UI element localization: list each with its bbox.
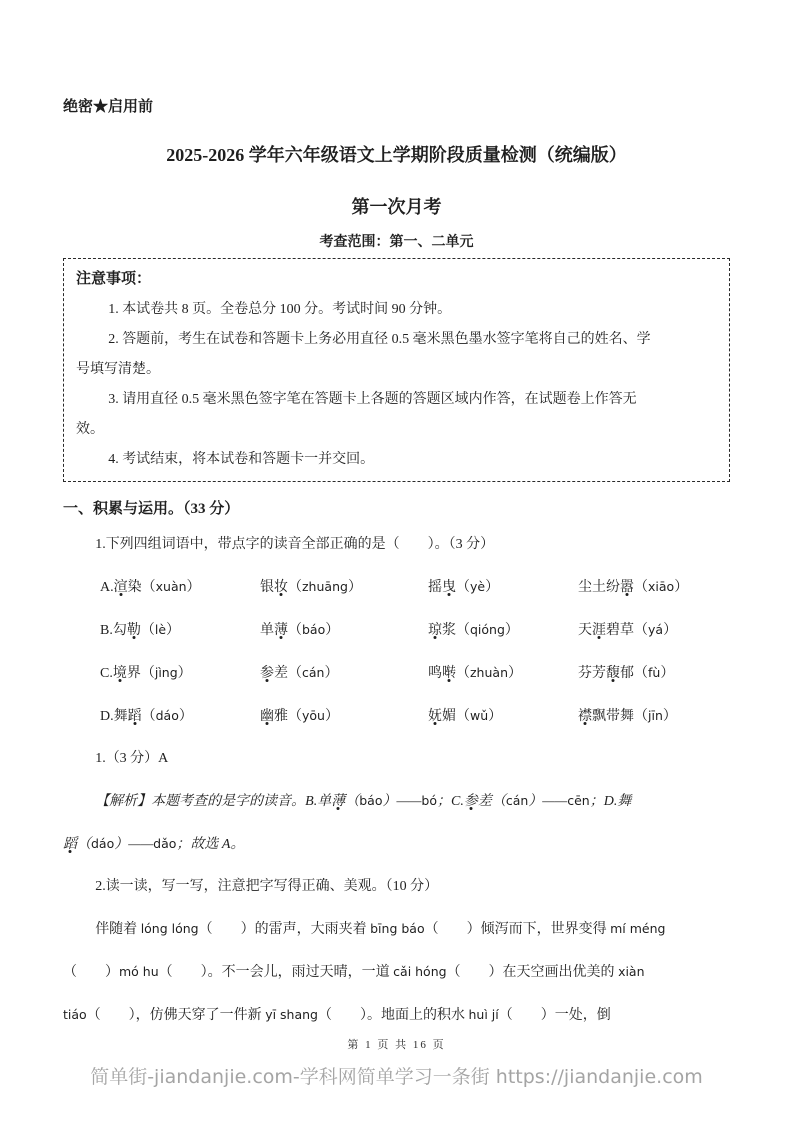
q1-options: A.渲染（xuàn）银妆（zhuāng）摇曳（yè）尘土纷嚣（xiāo）B.勾勒… [100, 566, 730, 738]
question-1-answer: 1.（3 分）A [63, 738, 730, 780]
text-line: 1. 本试卷共 8 页。全卷总分 100 分。考试时间 90 分钟。 [76, 295, 717, 325]
option-cell: D.舞蹈（dáo） [100, 695, 260, 738]
option-row: A.渲染（xuàn）银妆（zhuāng）摇曳（yè）尘土纷嚣（xiāo） [100, 566, 730, 609]
question-2-stem: 2.读一读，写一写，注意把字写得正确、美观。（10 分） [63, 866, 730, 908]
pinyin-text: fù [648, 665, 660, 680]
pinyin-text: zhuāng [302, 579, 348, 594]
text-line: 3. 请用直径 0.5 毫米黑色签字笔在答题卡上各题的答题区域内作答，在试题卷上… [76, 385, 717, 415]
pinyin-text: huì jí [468, 1007, 498, 1022]
pinyin-text: yá [648, 622, 663, 637]
dotted-char: 渲 [114, 580, 128, 595]
notice-item: 1. 本试卷共 8 页。全卷总分 100 分。考试时间 90 分钟。 [76, 295, 717, 325]
option-cell: 妩媚（wǔ） [428, 695, 578, 738]
option-cell: 幽雅（yōu） [260, 695, 428, 738]
question-2-body: 伴随着 lóng lóng（ ）的雷声，大雨夹着 bīng báo（ ）倾泻而下… [63, 908, 730, 1037]
option-cell: 芬芳馥郁（fù） [578, 652, 730, 695]
pinyin-text: cán [302, 665, 324, 680]
pinyin-text: mó hu [119, 964, 159, 979]
pinyin-text: dáo [156, 708, 179, 723]
option-row: C.境界（jìng）参差（cán）鸣啭（zhuàn）芬芳馥郁（fù） [100, 652, 730, 695]
option-cell: 摇曳（yè） [428, 566, 578, 609]
question-1-analysis: 【解析】本题考查的是字的读音。B.单薄（báo）——bó；C.参差（cán）——… [63, 780, 730, 866]
text-line: 伴随着 lóng lóng（ ）的雷声，大雨夹着 bīng báo（ ）倾泻而下… [63, 908, 730, 951]
pinyin-text: xiāo [648, 579, 674, 594]
pinyin-text: cán [506, 793, 528, 808]
pinyin-text: xuàn [156, 579, 187, 594]
notice-heading: 注意事项： [76, 263, 717, 295]
dotted-char: 薄 [331, 794, 345, 809]
notice-item: 4. 考试结束，将本试卷和答题卡一并交回。 [76, 445, 717, 475]
pinyin-text: qióng [470, 622, 505, 637]
pinyin-text: báo [359, 793, 382, 808]
pinyin-text: jìng [155, 665, 178, 680]
dotted-char: 曳 [442, 580, 456, 595]
text-line: 蹈（dáo）——dǎo；故选 A。 [63, 823, 730, 866]
pinyin-text: jīn [648, 708, 663, 723]
dotted-char: 啭 [442, 666, 456, 681]
dotted-char: 幽 [260, 709, 274, 724]
page-title: 2025-2026 学年六年级语文上学期阶段质量检测（统编版） [63, 142, 730, 168]
text-line: （ ）mó hu（ ）。不一会儿，雨过天晴，一道 cǎi hóng（ ）在天空画… [63, 951, 730, 994]
text-line: 号填写清楚。 [76, 355, 717, 385]
dotted-char: 嚣 [620, 580, 634, 595]
notice-item: 2. 答题前，考生在试卷和答题卡上务必用直径 0.5 毫米黑色墨水签字笔将自己的… [76, 325, 717, 385]
option-cell: 尘土纷嚣（xiāo） [578, 566, 730, 609]
text-line: 2. 答题前，考生在试卷和答题卡上务必用直径 0.5 毫米黑色墨水签字笔将自己的… [76, 325, 717, 355]
pinyin-text: mí méng [610, 921, 665, 936]
dotted-char: 蹈 [63, 837, 77, 852]
option-cell: B.勾勒（lè） [100, 609, 260, 652]
option-cell: 单薄（báo） [260, 609, 428, 652]
option-cell: 参差（cán） [260, 652, 428, 695]
dotted-char: 妩 [428, 709, 442, 724]
option-row: D.舞蹈（dáo）幽雅（yōu）妩媚（wǔ）襟飘带舞（jīn） [100, 695, 730, 738]
option-cell: 琼浆（qióng） [428, 609, 578, 652]
dotted-char: 境 [113, 666, 127, 681]
pinyin-text: tiáo [63, 1007, 87, 1022]
exam-scope: 考查范围：第一、二单元 [63, 232, 730, 254]
dotted-char: 薄 [274, 623, 288, 638]
pinyin-text: yōu [302, 708, 325, 723]
option-row: B.勾勒（lè）单薄（báo）琼浆（qióng）天涯碧草（yá） [100, 609, 730, 652]
notice-items: 1. 本试卷共 8 页。全卷总分 100 分。考试时间 90 分钟。2. 答题前… [76, 295, 717, 475]
dotted-char: 参 [464, 794, 478, 809]
pinyin-text: cǎi hóng [393, 964, 446, 979]
notice-item: 3. 请用直径 0.5 毫米黑色签字笔在答题卡上各题的答题区域内作答，在试题卷上… [76, 385, 717, 445]
text-line: tiáo（ ），仿佛天穿了一件新 yī shang（ ）。地面上的积水 huì … [63, 994, 730, 1037]
page-content: 绝密★启用前 2025-2026 学年六年级语文上学期阶段质量检测（统编版） 第… [0, 0, 793, 1037]
page-number: 第 1 页 共 16 页 [0, 1036, 793, 1052]
question-1-stem: 1.下列四组词语中，带点字的读音全部正确的是（ ）。（3 分） [63, 524, 730, 566]
dotted-char: 参 [260, 666, 274, 681]
pinyin-text: dáo [91, 836, 114, 851]
secret-label: 绝密★启用前 [63, 96, 730, 118]
pinyin-text: báo [302, 622, 325, 637]
option-cell: C.境界（jìng） [100, 652, 260, 695]
pinyin-text: wǔ [470, 708, 488, 723]
option-cell: 鸣啭（zhuàn） [428, 652, 578, 695]
text-line: 4. 考试结束，将本试卷和答题卡一并交回。 [76, 445, 717, 475]
pinyin-text: dǎo [153, 836, 176, 851]
pinyin-text: yè [470, 579, 485, 594]
notice-box: 注意事项： 1. 本试卷共 8 页。全卷总分 100 分。考试时间 90 分钟。… [63, 258, 730, 482]
option-cell: 天涯碧草（yá） [578, 609, 730, 652]
option-cell: 银妆（zhuāng） [260, 566, 428, 609]
watermark-text: 简单街-jiandanjie.com-学科网简单学习一条街 https://ji… [0, 1062, 793, 1089]
option-cell: 襟飘带舞（jīn） [578, 695, 730, 738]
section-heading: 一、积累与运用。（33 分） [63, 494, 730, 524]
exam-subtitle: 第一次月考 [63, 194, 730, 220]
pinyin-text: lè [155, 622, 166, 637]
pinyin-text: bīng báo [370, 921, 424, 936]
text-line: 效。 [76, 415, 717, 445]
exam-paper-page: 绝密★启用前 2025-2026 学年六年级语文上学期阶段质量检测（统编版） 第… [0, 0, 793, 1122]
option-cell: A.渲染（xuàn） [100, 566, 260, 609]
dotted-char: 妆 [274, 580, 288, 595]
dotted-char: 涯 [592, 623, 606, 638]
dotted-char: 琼 [428, 623, 442, 638]
dotted-char: 蹈 [128, 709, 142, 724]
pinyin-text: cēn [567, 793, 590, 808]
text-line: 【解析】本题考查的是字的读音。B.单薄（báo）——bó；C.参差（cán）——… [63, 780, 730, 823]
dotted-char: 襟 [578, 709, 592, 724]
pinyin-text: bó [421, 793, 437, 808]
pinyin-text: xiàn [618, 964, 644, 979]
pinyin-text: zhuàn [470, 665, 508, 680]
dotted-char: 勒 [127, 623, 141, 638]
pinyin-text: yī shang [265, 1007, 318, 1022]
pinyin-text: lóng lóng [141, 921, 199, 936]
dotted-char: 馥 [606, 666, 620, 681]
